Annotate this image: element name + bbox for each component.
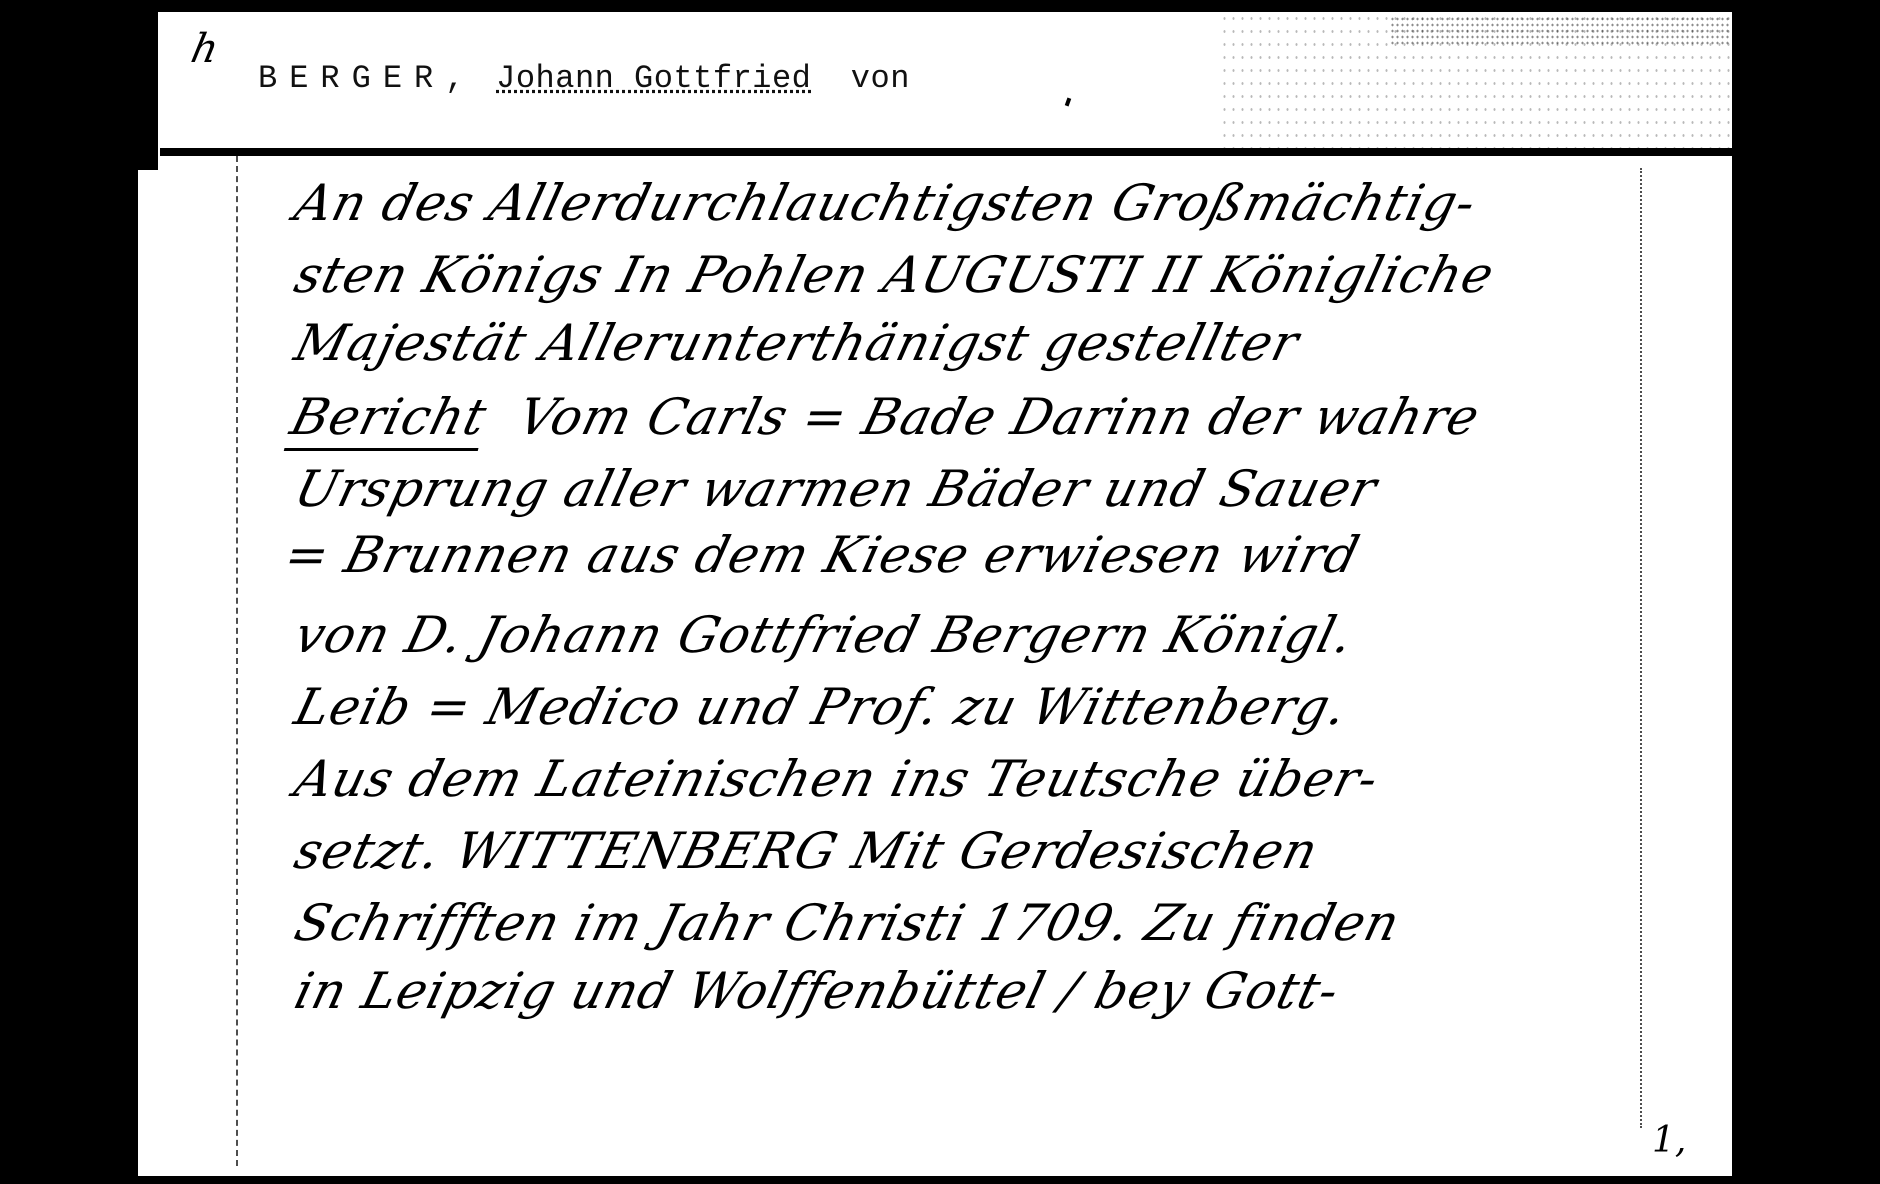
page-number: 1,: [1652, 1120, 1686, 1161]
handwritten-line-4-rest: Vom Carls = Bade Darinn der wahre: [512, 388, 1486, 446]
handwritten-line-8: Leib = Medico und Prof. zu Wittenberg.: [290, 682, 1353, 732]
handwritten-line-3: Majestät Allerunterthänigst gestellter: [290, 318, 1304, 368]
handwritten-line-2: sten Königs In Pohlen AUGUSTI II Königli…: [290, 250, 1499, 300]
handwritten-line-4: Bericht Vom Carls = Bade Darinn der wahr…: [286, 392, 1485, 442]
right-margin-line: [1640, 168, 1642, 1128]
heading-given-names: Johann Gottfried: [496, 60, 811, 97]
handwritten-line-5: Ursprung aller warmen Bäder und Sauer: [290, 464, 1382, 514]
heading-particle: von: [851, 60, 910, 97]
left-margin-line: [236, 156, 238, 1166]
handwritten-line-9: Aus dem Lateinischen ins Teutsche über-: [290, 754, 1384, 804]
handwritten-line-1: An des Allerdurchlauchtigsten Großmächti…: [290, 178, 1481, 228]
scan-noise-top: [1390, 16, 1730, 46]
handwritten-line-10: setzt. WITTENBERG Mit Gerdesischen: [290, 826, 1323, 876]
heading-surname: BERGER,: [258, 60, 476, 97]
header-rule: [160, 148, 1732, 156]
typed-heading: BERGER, Johann Gottfried von: [258, 60, 910, 97]
handwritten-line-7: von D. Johann Gottfried Bergern Königl.: [290, 610, 1359, 660]
handwritten-line-6: = Brunnen aus dem Kiese erwiesen wird: [280, 530, 1365, 580]
handwritten-line-12: in Leipzig und Wolffenbüttel / bey Gott-: [290, 966, 1344, 1016]
underlined-word-bericht: Bericht: [284, 388, 493, 451]
handwritten-line-11: Schrifften im Jahr Christi 1709. Zu find…: [290, 898, 1405, 948]
